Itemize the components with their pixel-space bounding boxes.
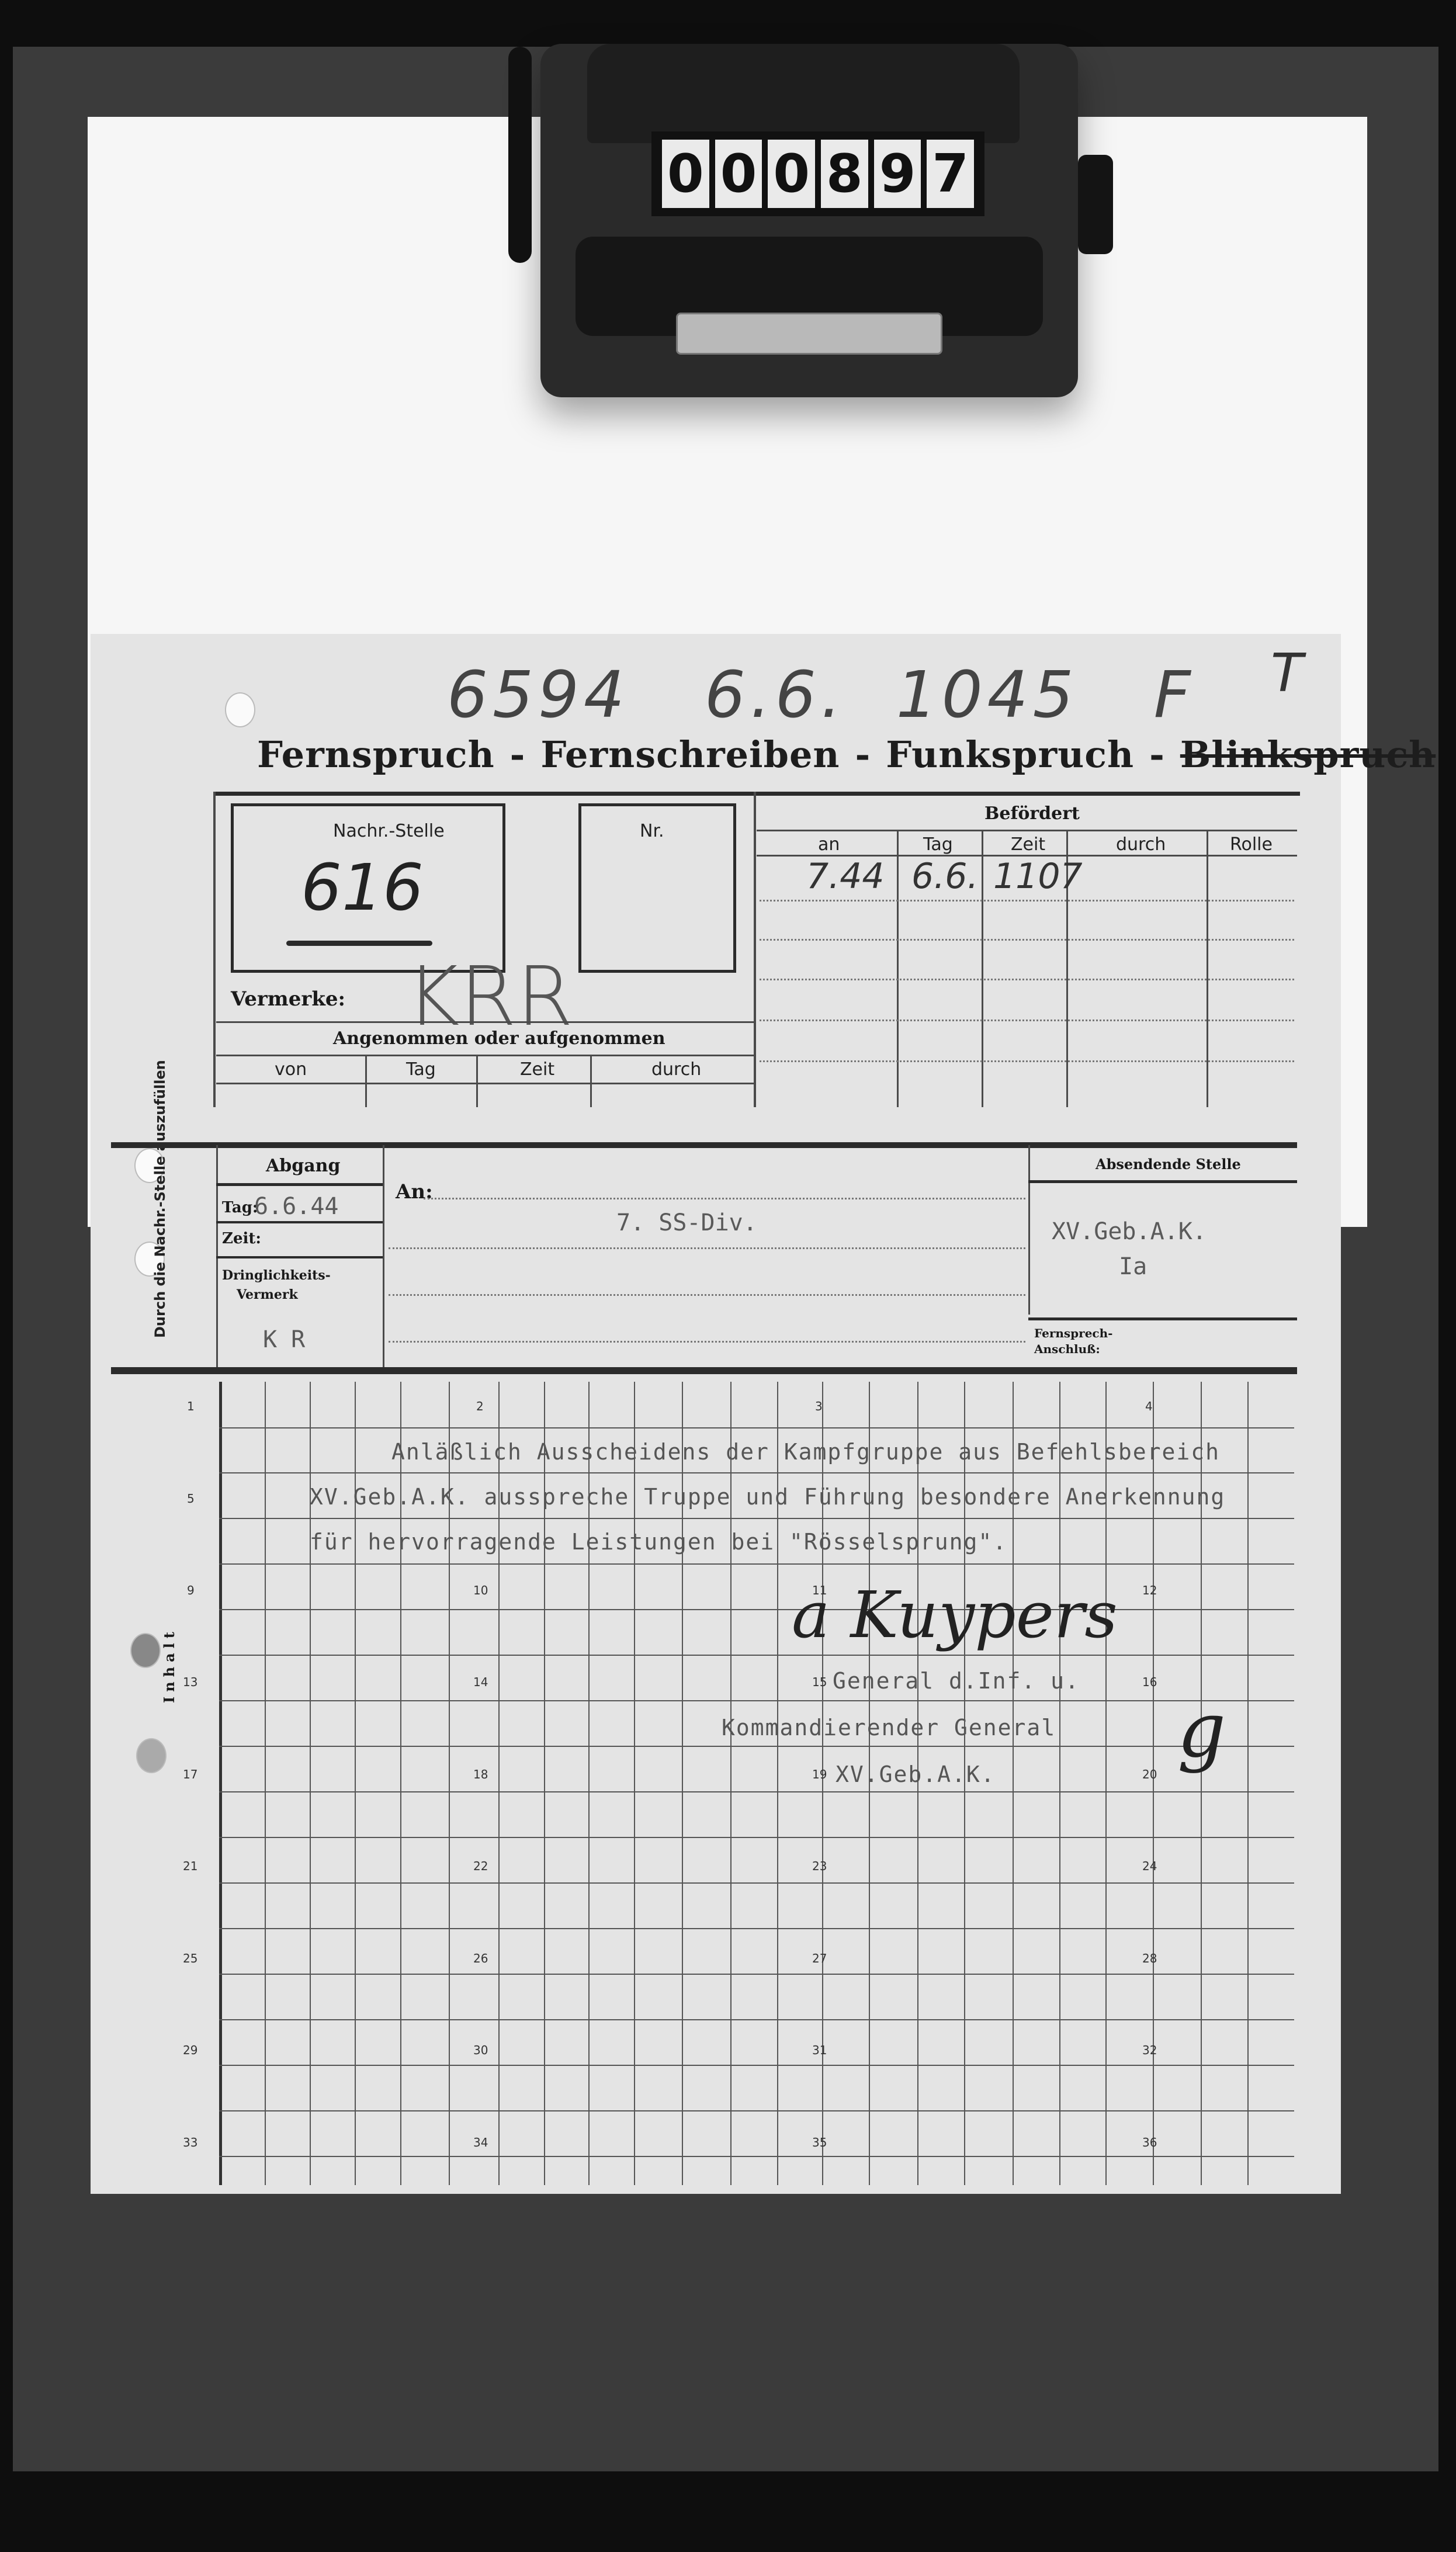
rule [982,830,983,1107]
dotted-rule [760,1020,1294,1021]
punch-hole [136,1738,167,1773]
fernsprech-label: Fernsprech- [1034,1326,1112,1340]
absendende-stelle-title: Absendende Stelle [1096,1156,1241,1173]
handwritten-reference: 6594 6.6. 1045 F [447,657,1195,732]
befoerdert-col-durch: durch [1116,834,1166,855]
rule [383,1145,384,1367]
grid-number: 4 [1145,1399,1153,1413]
rule [216,1183,383,1186]
message-line-2: XV.Geb.A.K. ausspreche Truppe und Führun… [310,1484,1225,1510]
angenommen-col-von: von [275,1059,307,1080]
absendende-stelle-line2: Ia [1119,1253,1147,1280]
message-line-3: für hervorragende Leistungen bei "Rössel… [310,1529,1007,1555]
grid-line [219,1563,1294,1565]
abgang-zeit-label: Zeit: [222,1230,261,1247]
rule [216,1083,754,1084]
counter-digit: 0 [715,140,762,208]
befoerdert-tag-value: 6.6. [911,856,979,897]
signature-rank-line-1: General d.Inf. u. [833,1668,1080,1694]
counter-housing-top [587,44,1020,143]
an-label: An: [396,1180,433,1204]
rule [1028,1145,1030,1315]
dringlichkeit-label: Dringlichkeits- [222,1268,331,1283]
nr-label: Nr. [640,821,664,841]
dringlichkeit-label-2: Vermerk [237,1287,298,1302]
counter-cable [508,47,532,263]
befoerdert-col-tag: Tag [923,834,953,855]
side-instruction-label: Durch die Nachr.-Stelle auszufüllen [152,1060,168,1338]
title-fernspruch: Fernspruch [257,733,495,776]
rule [365,1055,367,1107]
handwritten-mark: T [1271,643,1303,704]
anschluss-label: Anschluß: [1034,1342,1100,1356]
counter-nameplate [676,313,942,355]
counter-reset-knob [1078,155,1113,254]
befoerdert-an-value: 7.44 [806,856,885,897]
ref-initial: F [1154,657,1195,732]
ref-number: 6594 [447,657,629,732]
grid-line [219,1700,1294,1701]
rule-thick [111,1367,1297,1374]
angenommen-col-tag: Tag [406,1059,436,1080]
grid-number: 31 [812,2043,827,2057]
grid-number: 27 [812,1951,827,1965]
befoerdert-col-an: an [818,834,840,855]
grid-number: 33 [183,2135,197,2149]
rule [590,1055,592,1107]
title-blinkspruch-struck: Blinkspruch [1180,733,1436,776]
dotted-rule [389,1294,1025,1296]
dotted-rule [389,1341,1025,1343]
dringlichkeit-value: K R [263,1326,305,1353]
title-separator: - [855,733,871,776]
counter-digit: 0 [768,140,815,208]
grid-number: 20 [1142,1767,1157,1781]
counter-display: 0 0 0 8 9 7 [651,131,984,216]
grid-line [219,1791,1294,1792]
dotted-rule [760,1060,1294,1062]
grid-number: 35 [812,2135,827,2149]
rule-left [213,792,216,1107]
abgang-tag-value: 6.6.44 [254,1193,339,1220]
rule [216,1055,754,1056]
title-fernschreiben: Fernschreiben [540,733,840,776]
ref-time: 1045 [896,657,1079,732]
dotted-rule [760,939,1294,941]
angenommen-title: Angenommen oder aufgenommen [333,1028,665,1049]
nachr-stelle-label: Nachr.-Stelle [333,821,445,841]
angenommen-col-durch: durch [651,1059,701,1080]
grid-line [219,1609,1294,1610]
counter-digit: 8 [821,140,868,208]
grid-number: 2 [476,1399,484,1413]
underline-stroke [286,941,432,946]
grid-line [219,2065,1294,2066]
rule-top [213,792,1300,796]
grid-number: 23 [812,1859,827,1873]
rule-mid [754,792,756,1107]
title-funkspruch: Funkspruch [886,733,1134,776]
nachr-stelle-value: 616 [301,850,424,925]
grid-line [219,1427,1294,1428]
form-title: Fernspruch - Fernschreiben - Funkspruch … [257,733,1367,776]
absendende-stelle-line1: XV.Geb.A.K. [1052,1218,1207,1245]
grid-line [219,1928,1294,1929]
grid-number: 29 [183,2043,197,2057]
grid-line [219,1837,1294,1838]
grid-number: 3 [815,1399,823,1413]
vermerke-label: Vermerke: [231,987,345,1011]
counter-digit: 0 [662,140,709,208]
grid-line [219,1882,1294,1884]
signature-unit: XV.Geb.A.K. [836,1762,996,1787]
frame-counter-device: 0 0 0 8 9 7 [540,44,1078,397]
grid-number: 5 [187,1492,195,1506]
counter-digit: 9 [874,140,921,208]
handwritten-signature: a Kuypers [792,1577,1118,1652]
grid-number: 16 [1142,1675,1157,1689]
grid-number: 26 [473,1951,488,1965]
angenommen-col-zeit: Zeit [520,1059,554,1080]
grid-number: 30 [473,2043,488,2057]
grid-number: 12 [1142,1583,1157,1597]
grid-line [219,1655,1294,1656]
abgang-tag-label: Tag: [222,1199,258,1216]
title-separator: - [510,733,526,776]
grid-number: 34 [473,2135,488,2149]
rule [897,830,899,1107]
grid-number: 18 [473,1767,488,1781]
rule [1207,830,1208,1107]
grid-number: 24 [1142,1859,1157,1873]
title-separator: - [1149,733,1165,776]
grid-number: 25 [183,1951,197,1965]
message-grid: 1 5 9 13 17 21 25 29 33 2 10 14 18 22 26… [219,1382,1294,2188]
grid-number: 1 [187,1399,195,1413]
grid-number: 28 [1142,1951,1157,1965]
grid-line [219,1472,1294,1473]
grid-line [219,2110,1294,2111]
rule [757,830,1297,831]
an-value: 7. SS-Div. [616,1209,757,1236]
grid-number: 36 [1142,2135,1157,2149]
rule [216,1021,754,1023]
rule-thick [111,1142,1297,1148]
counter-digit: 7 [927,140,974,208]
ref-date: 6.6. [705,657,846,732]
abgang-title: Abgang [266,1156,340,1176]
dotted-rule [389,1247,1025,1249]
grid-number: 19 [812,1767,827,1781]
grid-line [219,2156,1294,2157]
grid-number: 13 [183,1675,197,1689]
befoerdert-col-zeit: Zeit [1011,834,1045,855]
grid-line [219,1974,1294,1975]
punch-hole [225,692,255,727]
rule [216,1256,383,1258]
dotted-rule [424,1198,1025,1199]
grid-line [219,1746,1294,1747]
dotted-rule [760,979,1294,980]
message-line-1: Anläßlich Ausscheidens der Kampfgruppe a… [391,1439,1220,1465]
dotted-rule [760,900,1294,901]
punch-hole [130,1633,161,1668]
grid-number: 22 [473,1859,488,1873]
grid-number: 17 [183,1767,197,1781]
befoerdert-col-rolle: Rolle [1230,834,1273,855]
rule [216,1221,383,1223]
grid-line [219,2019,1294,2020]
rule [476,1055,478,1107]
grid-number: 14 [473,1675,488,1689]
grid-number: 10 [473,1583,488,1597]
befoerdert-title: Befördert [984,803,1080,824]
rule [1028,1317,1297,1320]
inhalt-label: Inhalt [161,1627,178,1703]
handwritten-paraph: g [1177,1686,1226,1774]
grid-number: 32 [1142,2043,1157,2057]
grid-number: 21 [183,1859,197,1873]
befoerdert-zeit-value: 1107 [993,856,1083,897]
rule [1028,1180,1297,1183]
grid-number: 9 [187,1583,195,1597]
grid-number: 15 [812,1675,827,1689]
grid-line [219,1518,1294,1519]
signature-rank-line-2: Kommandierender General [722,1715,1056,1740]
message-form: 6594 6.6. 1045 F T Fernspruch - Fernschr… [91,634,1341,2194]
